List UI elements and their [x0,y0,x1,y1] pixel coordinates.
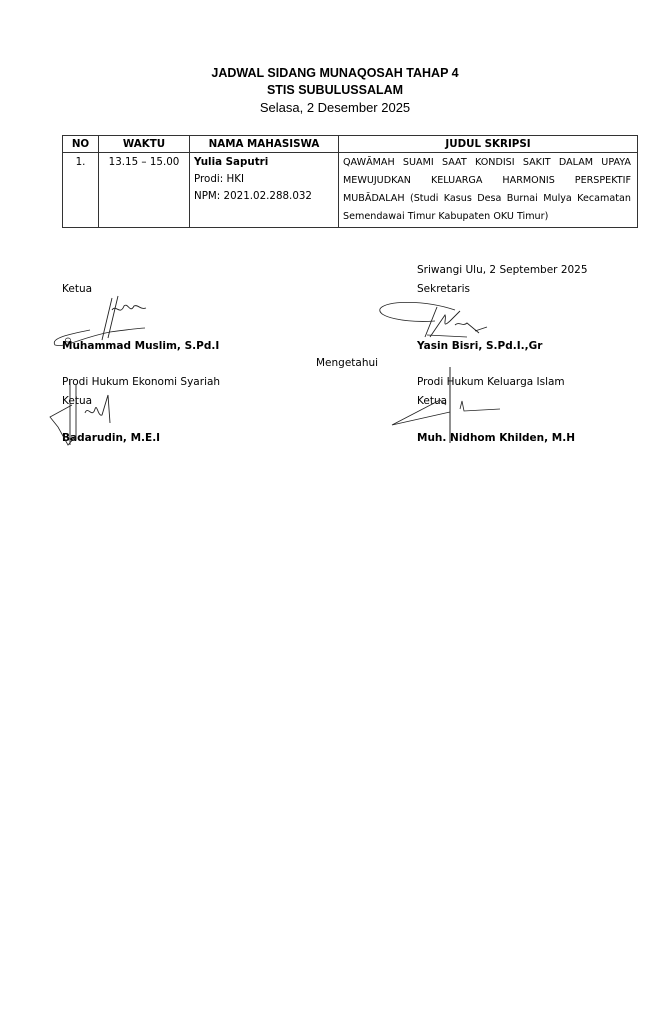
column-header-judul: JUDUL SKRIPSI [339,136,638,153]
table-header-row: NO WAKTU NAMA MAHASISWA JUDUL SKRIPSI [63,136,638,153]
schedule-table: NO WAKTU NAMA MAHASISWA JUDUL SKRIPSI 1.… [62,135,638,228]
cell-no: 1. [63,153,99,228]
mengetahui-label: Mengetahui [316,357,378,369]
signature-prodi-hes-icon [40,375,120,450]
place-date: Sriwangi Ulu, 2 September 2025 [417,264,588,276]
column-header-nama: NAMA MAHASISWA [190,136,339,153]
column-header-waktu: WAKTU [99,136,190,153]
cell-nama: Yulia Saputri Prodi: HKI NPM: 2021.02.28… [190,153,339,228]
signature-ketua-icon [50,290,160,350]
sekretaris-role: Sekretaris [417,283,470,295]
student-npm: NPM: 2021.02.288.032 [194,188,334,205]
schedule-date: Selasa, 2 Desember 2025 [0,100,670,115]
signature-prodi-hki-icon [380,365,500,445]
column-header-no: NO [63,136,99,153]
cell-waktu: 13.15 – 15.00 [99,153,190,228]
student-prodi: Prodi: HKI [194,171,334,188]
table-row: 1. 13.15 – 15.00 Yulia Saputri Prodi: HK… [63,153,638,228]
cell-judul: QAWĀMAH SUAMI SAAT KONDISI SAKIT DALAM U… [339,153,638,228]
student-name: Yulia Saputri [194,154,334,171]
institution-name: STIS SUBULUSSALAM [0,83,670,97]
document-title: JADWAL SIDANG MUNAQOSAH TAHAP 4 [0,66,670,80]
signature-sekretaris-icon [375,295,495,345]
